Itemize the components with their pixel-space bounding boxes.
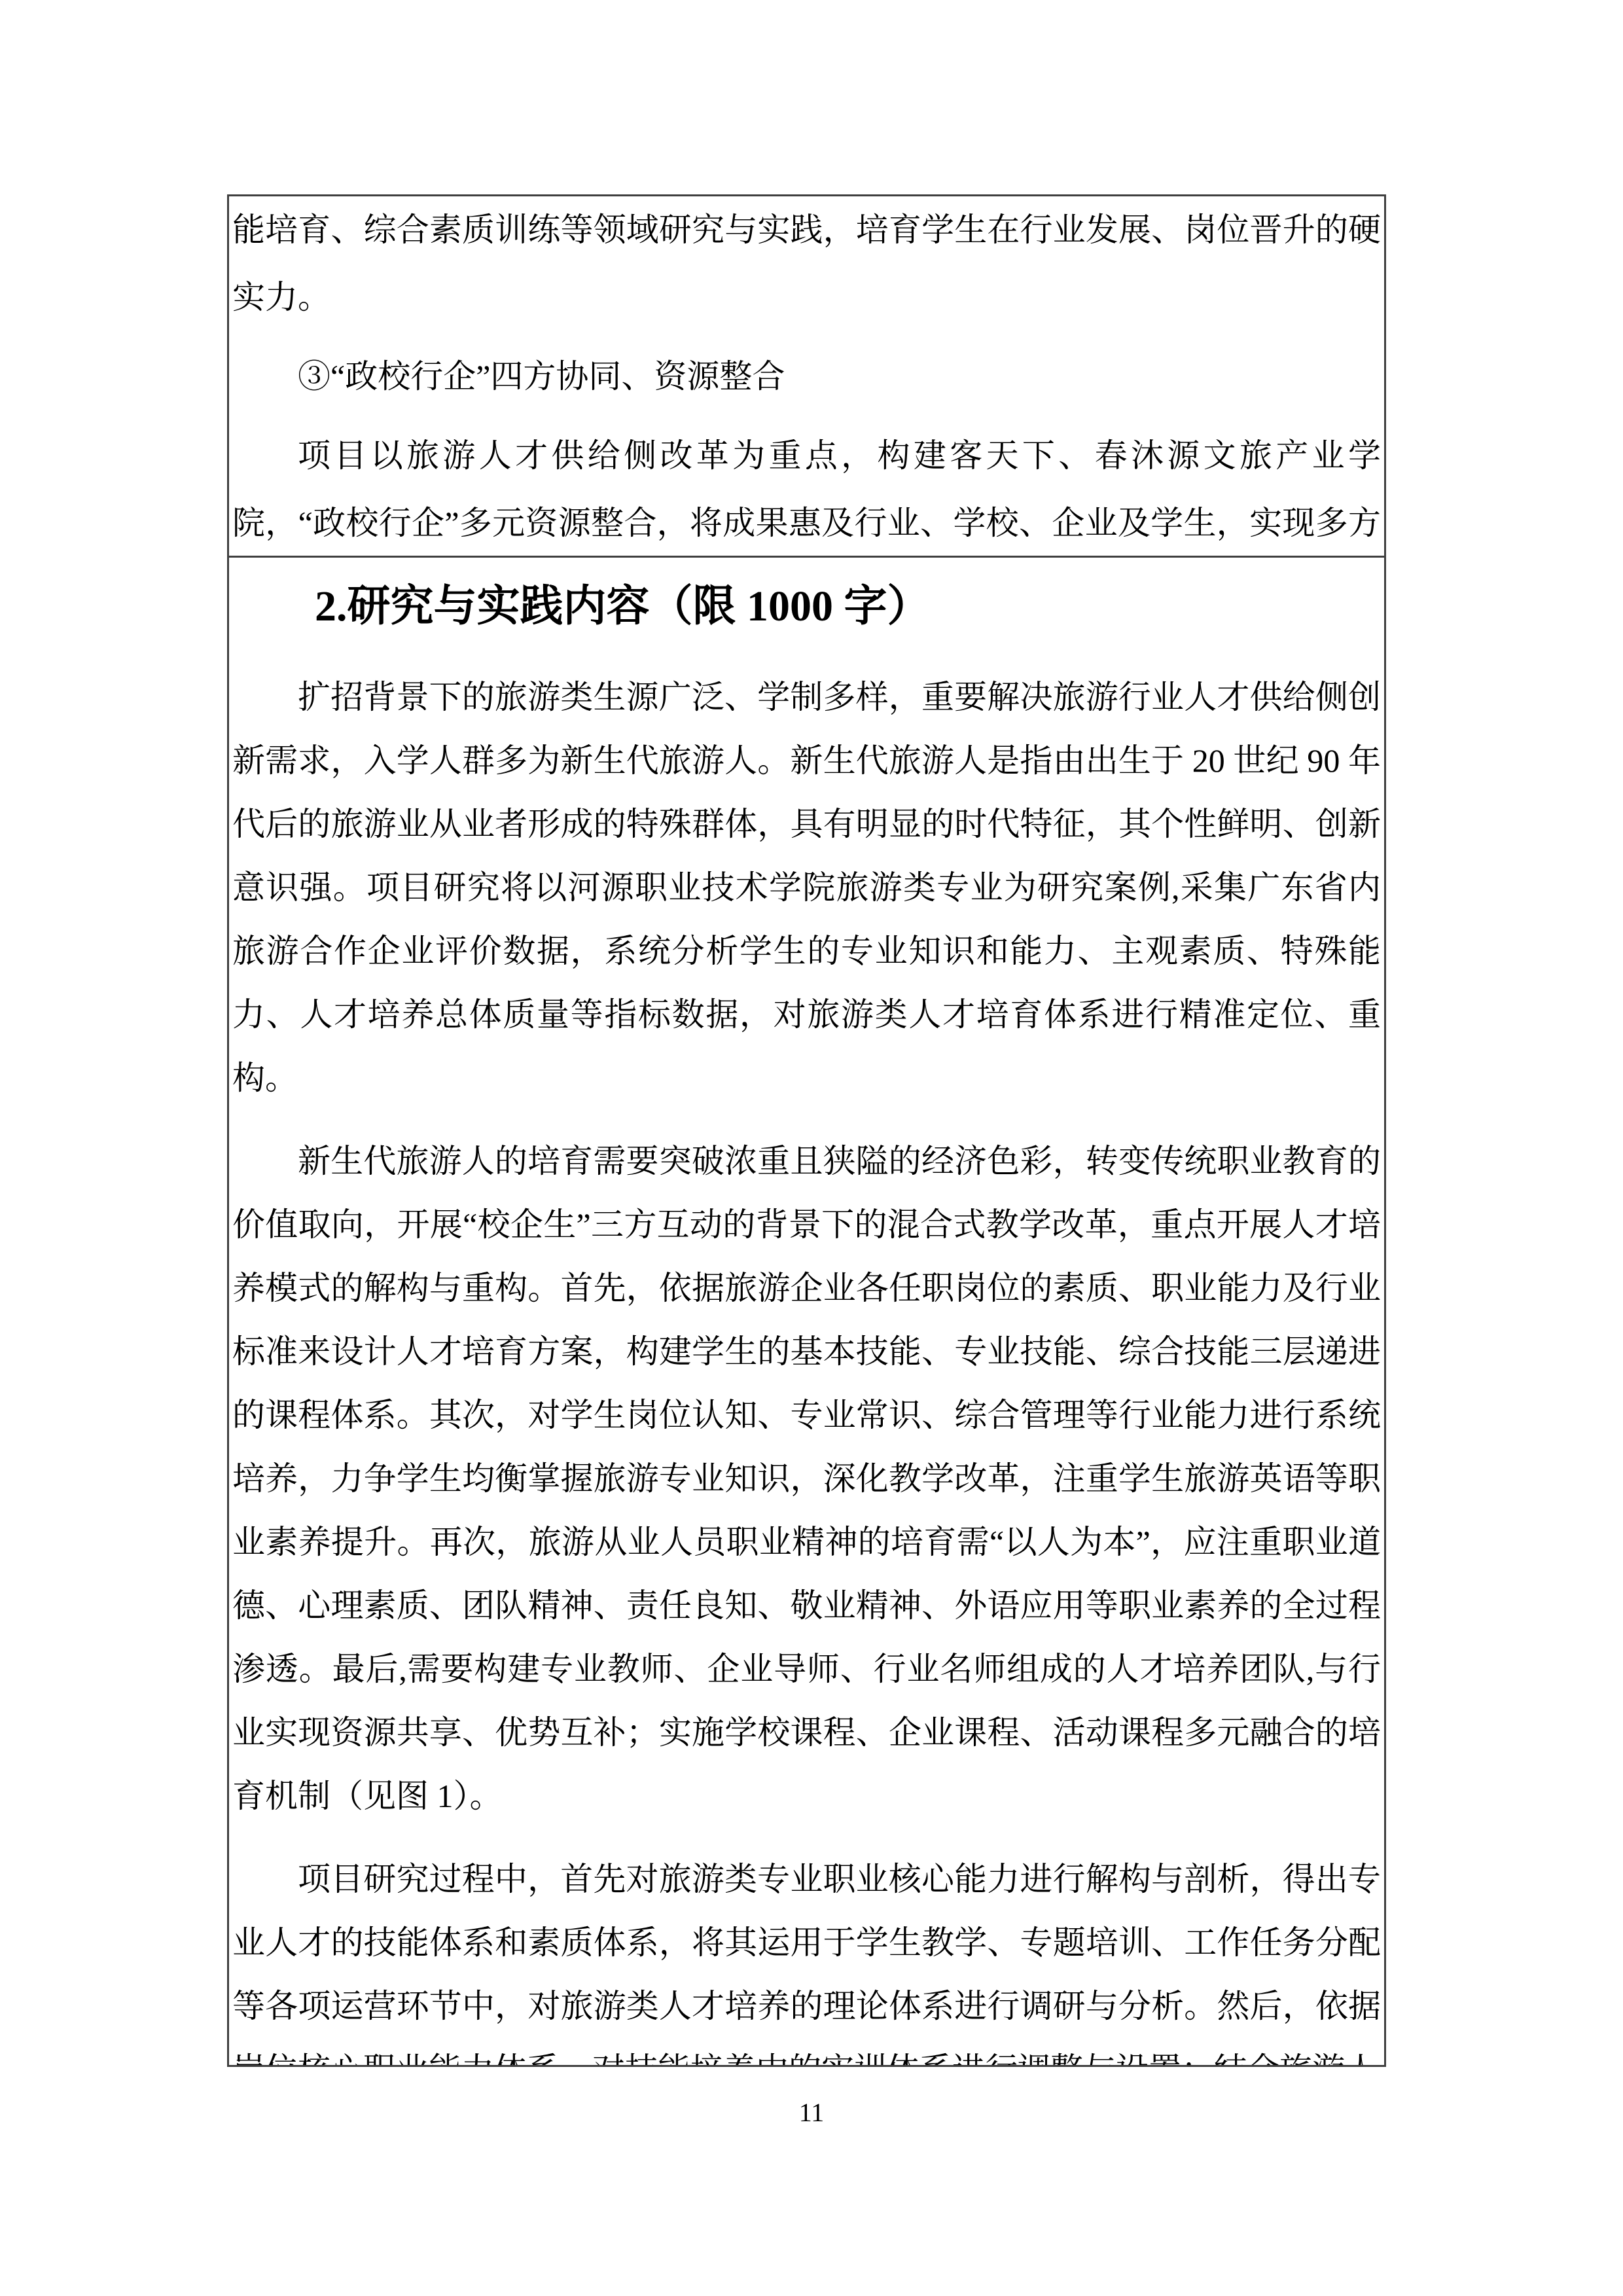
section-previous-content-cell: 能培育、综合素质训练等领域研究与实践，培育学生在行业发展、岗位晋升的硬实力。 ③…	[229, 196, 1384, 558]
paragraph: 项目以旅游人才供给侧改革为重点，构建客天下、春沐源文旅产业学院，“政校行企”多元…	[232, 422, 1381, 558]
paragraph: 项目研究过程中，首先对旅游类专业职业核心能力进行解构与剖析，得出专业人才的技能体…	[232, 1848, 1381, 2065]
section-heading: 2.研究与实践内容（限 1000 字）	[232, 575, 1381, 638]
application-form-table: 能培育、综合素质训练等领域研究与实践，培育学生在行业发展、岗位晋升的硬实力。 ③…	[227, 194, 1386, 2067]
section-2-content-cell: 2.研究与实践内容（限 1000 字） 扩招背景下的旅游类生源广泛、学制多样，重…	[229, 558, 1384, 2065]
paragraph: 能培育、综合素质训练等领域研究与实践，培育学生在行业发展、岗位晋升的硬实力。	[232, 196, 1381, 331]
paragraph-subitem-3: ③“政校行企”四方协同、资源整合	[232, 343, 1381, 410]
paragraph: 新生代旅游人的培育需要突破浓重且狭隘的经济色彩，转变传统职业教育的价值取向，开展…	[232, 1130, 1381, 1828]
document-page: 能培育、综合素质训练等领域研究与实践，培育学生在行业发展、岗位晋升的硬实力。 ③…	[0, 0, 1623, 2296]
paragraph: 扩招背景下的旅游类生源广泛、学制多样，重要解决旅游行业人才供给侧创新需求，入学人…	[232, 666, 1381, 1110]
page-number: 11	[0, 2097, 1623, 2128]
